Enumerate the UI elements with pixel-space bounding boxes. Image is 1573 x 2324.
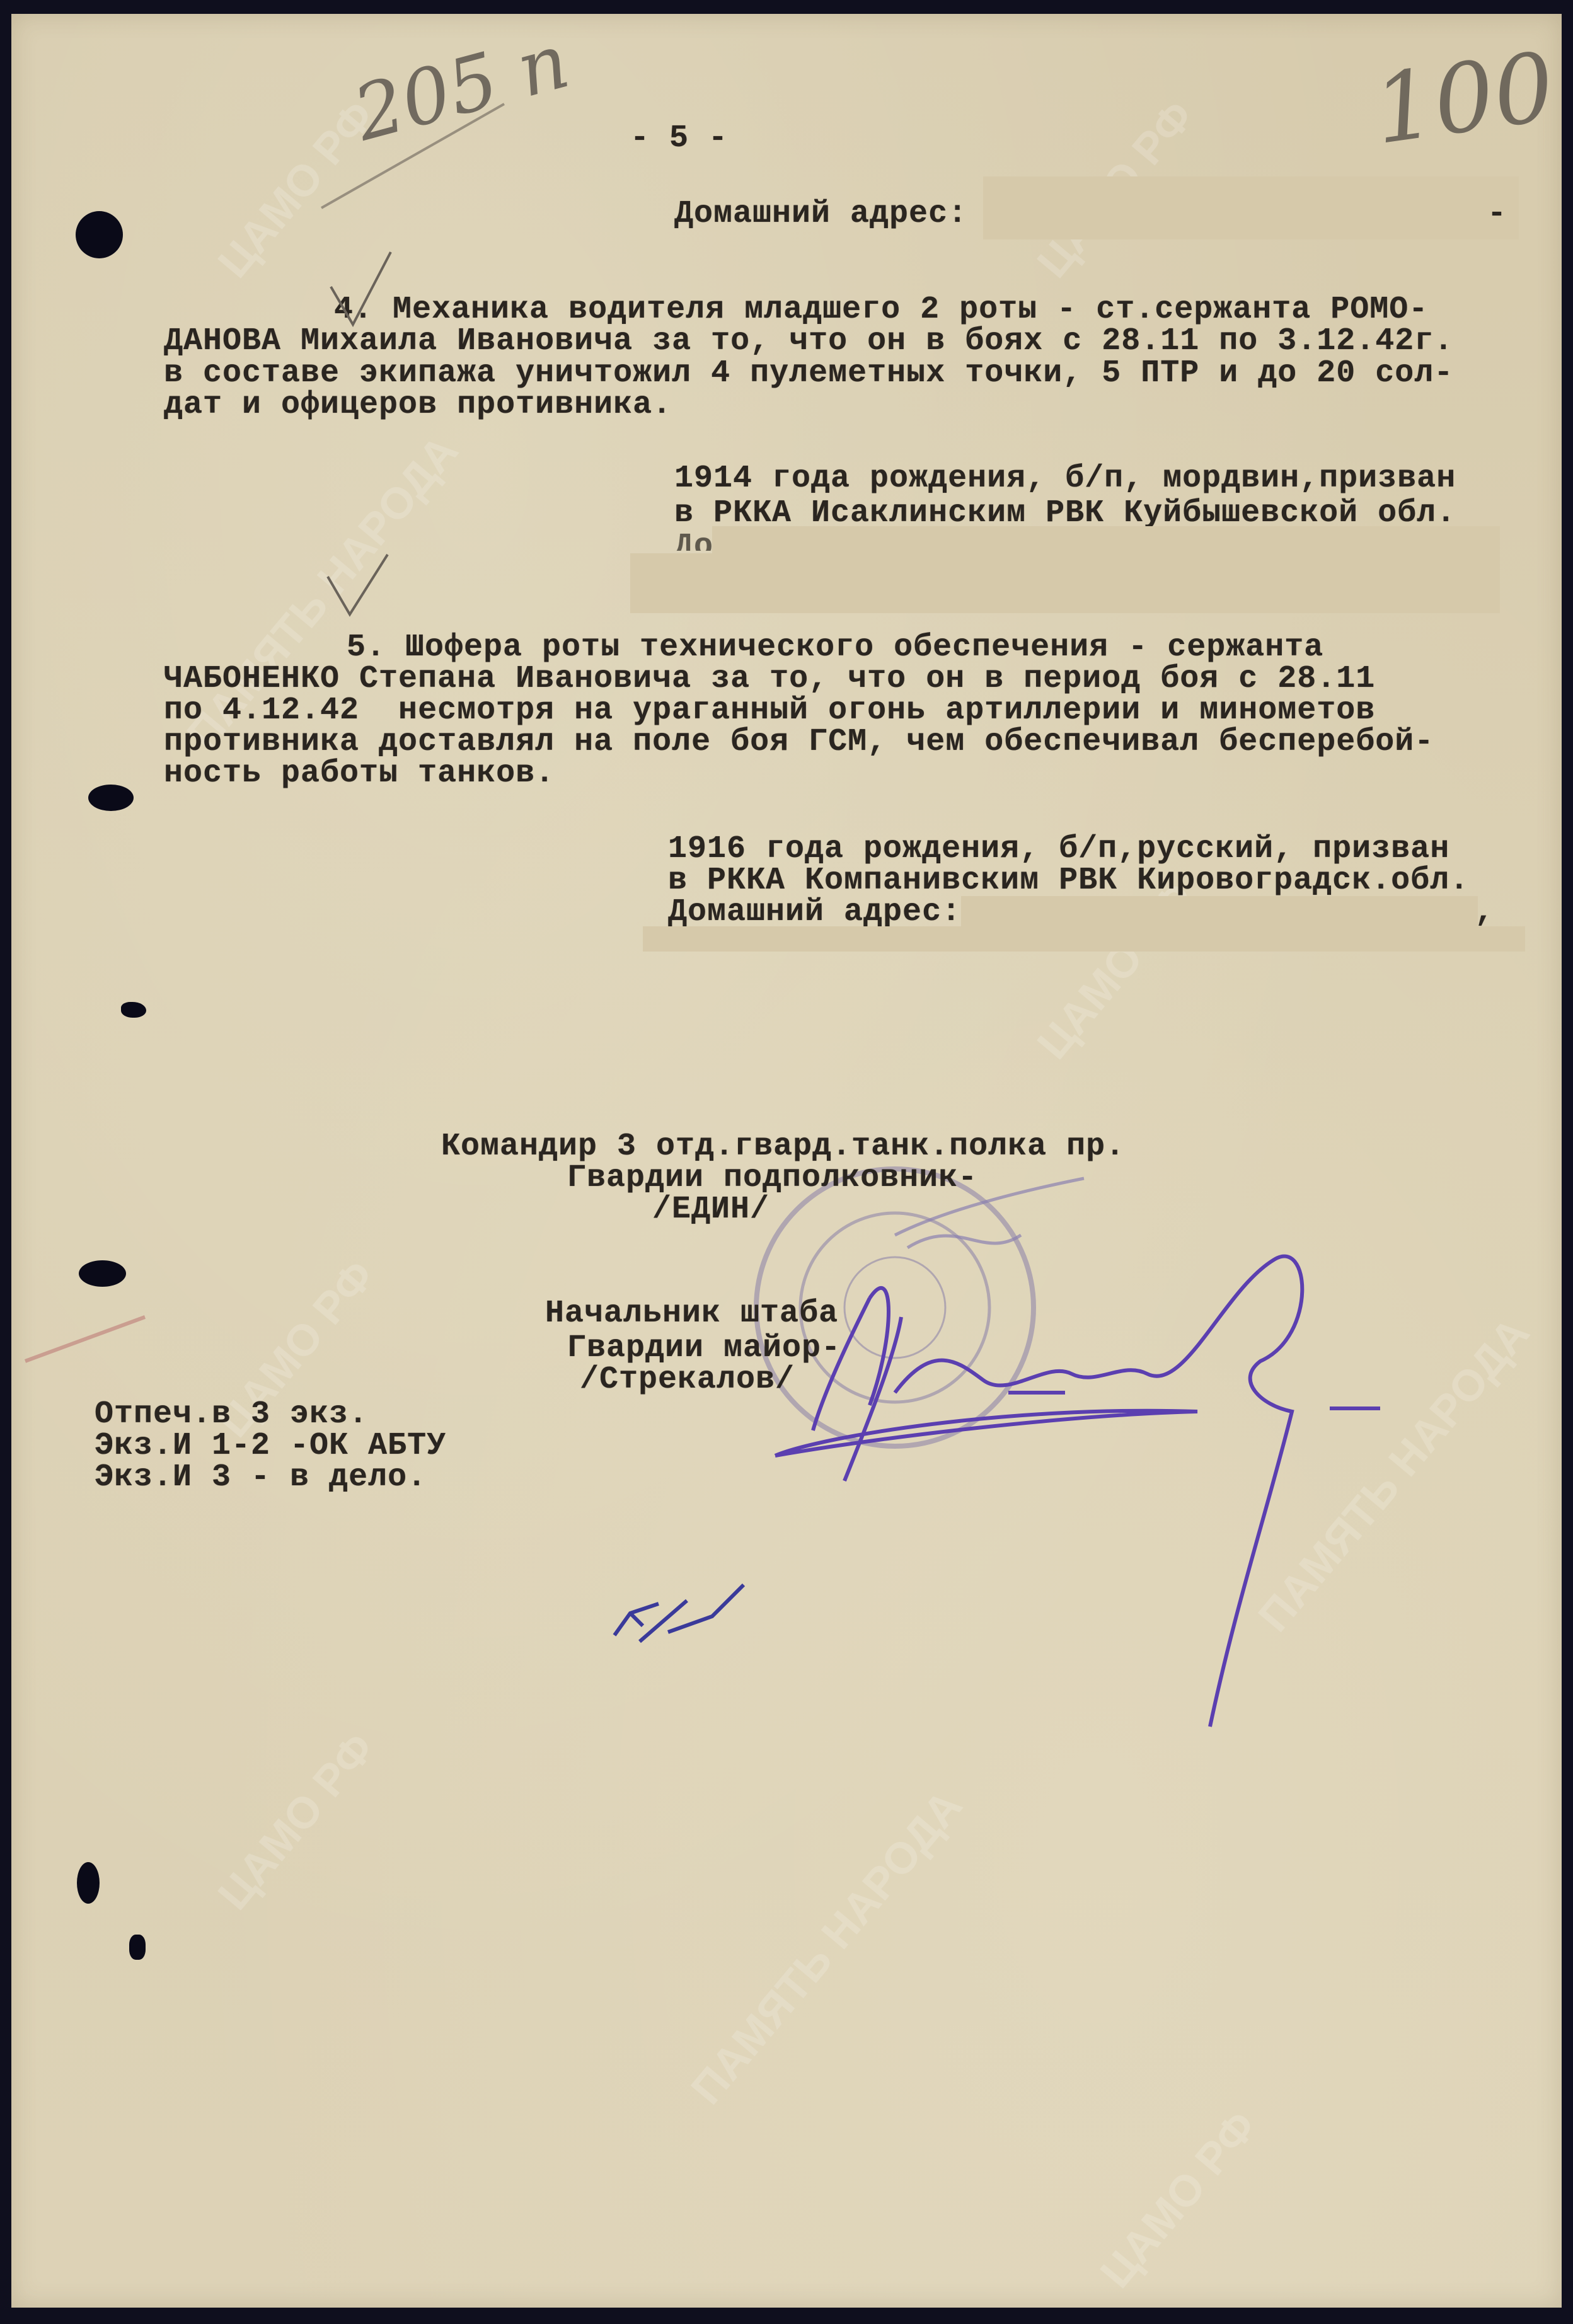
checkmark-icon: [328, 555, 388, 614]
commander-name: /ЕДИН/: [652, 1191, 769, 1229]
checkmark-icon: [331, 252, 391, 325]
commander-rank: Гвардии подполковник-: [567, 1159, 977, 1197]
distribution-line-3: Экз.И 3 - в дело.: [95, 1459, 427, 1497]
chief-of-staff-title: Начальник штаба: [545, 1295, 838, 1333]
chief-of-staff-name: /Стрекалов/: [580, 1361, 795, 1399]
